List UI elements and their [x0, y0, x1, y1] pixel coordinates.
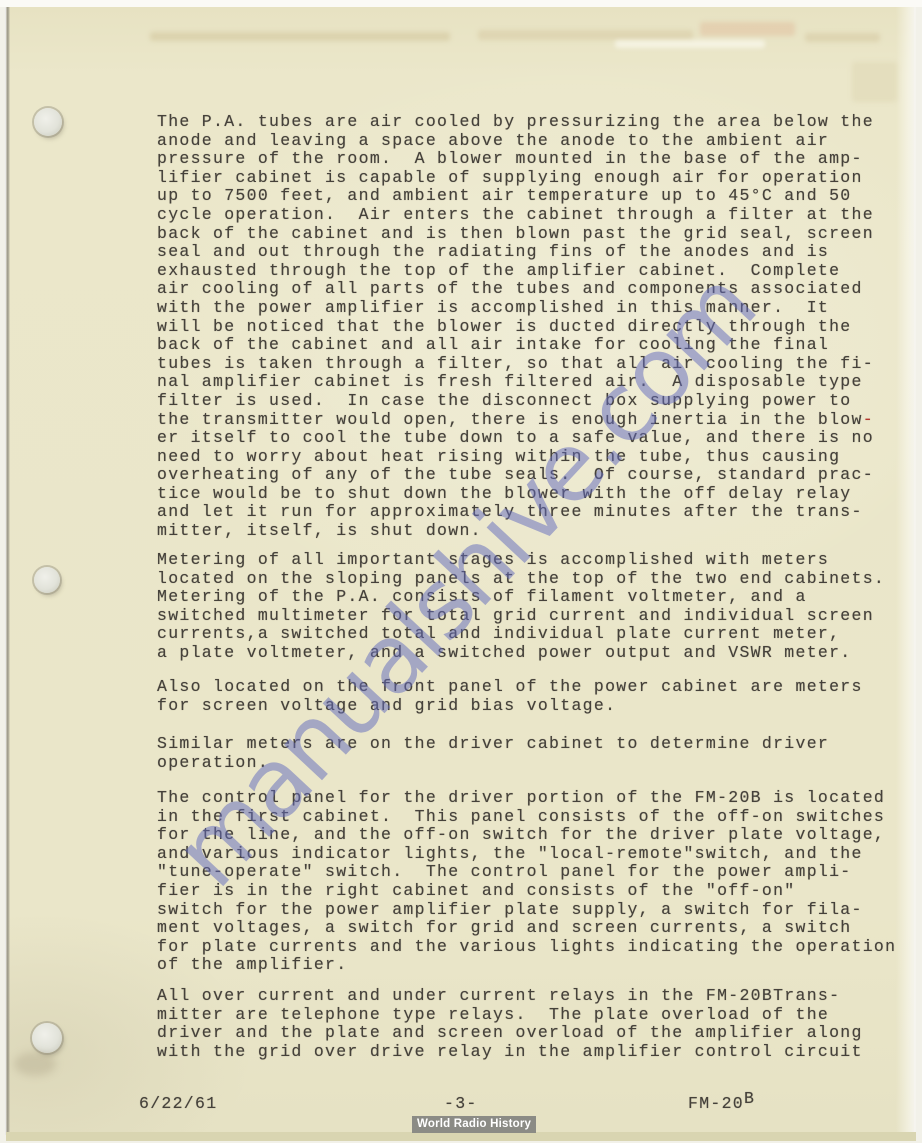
text-line: with the grid over drive relay in the am… [157, 1043, 863, 1062]
paragraph-1: The P.A. tubes are air cooled by pressur… [157, 113, 874, 541]
text-line: Metering of all important stages is acco… [157, 551, 885, 570]
text-line: will be noticed that the blower is ducte… [157, 318, 874, 337]
footer-page-number: -3- [444, 1094, 478, 1113]
text-line: of the amplifier. [157, 956, 896, 975]
text-line: and let it run for approximately three m… [157, 503, 874, 522]
text-line: in the first cabinet. This panel consist… [157, 808, 896, 827]
text-line: currents,a switched total and individual… [157, 625, 885, 644]
text-line: need to worry about heat rising within t… [157, 448, 874, 467]
text-line: for the line, and the off-on switch for … [157, 826, 896, 845]
text-line: back of the cabinet and all air intake f… [157, 336, 874, 355]
text-line: "tune-operate" switch. The control panel… [157, 863, 896, 882]
text-line: up to 7500 feet, and ambient air tempera… [157, 187, 874, 206]
text-line: Metering of the P.A. consists of filamen… [157, 588, 885, 607]
scanned-document-page: { "colors": { "paper": "#eae6c9", "ink":… [0, 0, 922, 1143]
text-line: tubes is taken through a filter, so that… [157, 355, 874, 374]
text-line: a plate voltmeter, and a switched power … [157, 644, 885, 663]
text-line: back of the cabinet and is then blown pa… [157, 225, 874, 244]
text-line: filter is used. In case the disconnect b… [157, 392, 874, 411]
text-line: and various indicator lights, the "local… [157, 845, 896, 864]
text-line: anode and leaving a space above the anod… [157, 132, 874, 151]
text-line: with the power amplifier is accomplished… [157, 299, 874, 318]
text-line: pressure of the room. A blower mounted i… [157, 150, 874, 169]
paragraph-4: Similar meters are on the driver cabinet… [157, 735, 829, 772]
text-line: exhausted through the top of the amplifi… [157, 262, 874, 281]
text-line: fier is in the right cabinet and consist… [157, 882, 896, 901]
paragraph-5: The control panel for the driver portion… [157, 789, 896, 975]
text-line: overheating of any of the tube seals. Of… [157, 466, 874, 485]
text-line: mitter, itself, is shut down. [157, 522, 874, 541]
text-line: tice would be to shut down the blower wi… [157, 485, 874, 504]
text-line: switched multimeter for total grid curre… [157, 607, 885, 626]
text-line: lifier cabinet is capable of supplying e… [157, 169, 874, 188]
paragraph-2: Metering of all important stages is acco… [157, 551, 885, 663]
paragraph-6: All over current and under current relay… [157, 987, 863, 1061]
text-line: The control panel for the driver portion… [157, 789, 896, 808]
text-line: er itself to cool the tube down to a saf… [157, 429, 874, 448]
text-line: for screen voltage and grid bias voltage… [157, 697, 863, 716]
paragraph-3: Also located on the front panel of the p… [157, 678, 863, 715]
text-line: nal amplifier cabinet is fresh filtered … [157, 373, 874, 392]
typewritten-text: The P.A. tubes are air cooled by pressur… [0, 0, 922, 1143]
footer-date: 6/22/61 [139, 1094, 217, 1113]
text-line: Similar meters are on the driver cabinet… [157, 735, 829, 754]
text-line: the transmitter would open, there is eno… [157, 411, 874, 430]
text-line: mitter are telephone type relays. The pl… [157, 1006, 863, 1025]
text-line: for plate currents and the various light… [157, 938, 896, 957]
text-line: Also located on the front panel of the p… [157, 678, 863, 697]
text-line: All over current and under current relay… [157, 987, 863, 1006]
text-line: ment voltages, a switch for grid and scr… [157, 919, 896, 938]
text-line: located on the sloping panels at the top… [157, 570, 885, 589]
text-line: The P.A. tubes are air cooled by pressur… [157, 113, 874, 132]
world-radio-history-badge: World Radio History [412, 1116, 536, 1133]
text-line: cycle operation. Air enters the cabinet … [157, 206, 874, 225]
text-line: driver and the plate and screen overload… [157, 1024, 863, 1043]
text-line: operation. [157, 754, 829, 773]
text-line: switch for the power amplifier plate sup… [157, 901, 896, 920]
text-line: seal and out through the radiating fins … [157, 243, 874, 262]
footer-doc-number: FM-20B [688, 1094, 755, 1113]
footer-doc-number-suffix: B [744, 1089, 755, 1108]
footer-doc-number-prefix: FM-20 [688, 1094, 744, 1113]
red-hyphen-mark: - [863, 410, 874, 429]
text-line: air cooling of all parts of the tubes an… [157, 280, 874, 299]
